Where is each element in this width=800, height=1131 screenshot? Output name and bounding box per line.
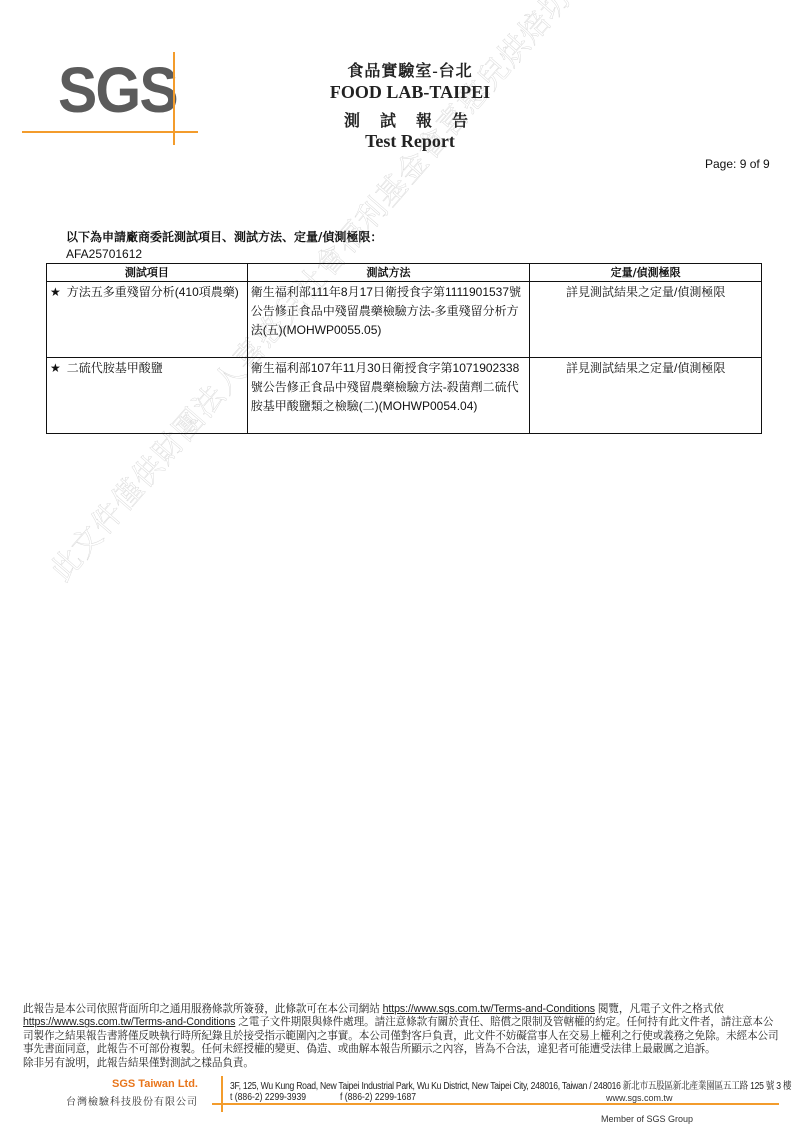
star-icon: ★: [50, 285, 61, 299]
limit-cell: 詳見測試結果之定量/偵測極限: [530, 358, 762, 434]
lab-name-en: FOOD LAB-TAIPEI: [300, 82, 520, 103]
report-id: AFA25701612: [66, 247, 142, 261]
terms-link[interactable]: https://www.sgs.com.tw/Terms-and-Conditi…: [383, 1003, 595, 1015]
company-address: 3F, 125, Wu Kung Road, New Taipei Indust…: [230, 1077, 791, 1092]
test-items-table: 測試項目 測試方法 定量/偵測極限 ★方法五多重殘留分析(410項農藥) 衛生福…: [46, 263, 762, 434]
logo-vertical-rule: [173, 52, 175, 145]
star-icon: ★: [50, 361, 61, 375]
disclaimer-text: 此報告是本公司依照背面所印之通用服務條款所簽發，此條款可在本公司網站: [23, 1003, 383, 1015]
report-title-en: Test Report: [300, 131, 520, 152]
test-method-cell: 衛生福利部111年8月17日衛授食字第1111901537號公告修正食品中殘留農…: [247, 282, 530, 358]
disclaimer-note: 除非另有說明，此報告結果僅對測試之樣品負責。: [23, 1057, 254, 1069]
test-item-cell: ★方法五多重殘留分析(410項農藥): [47, 282, 248, 358]
test-method-cell: 衛生福利部107年11月30日衛授食字第1071902338號公告修正食品中殘留…: [247, 358, 530, 434]
intro-text: 以下為申請廠商委託測試項目、測試方法、定量/偵測極限：: [66, 228, 382, 245]
header-test-method: 測試方法: [247, 264, 530, 282]
sgs-logo: SGS: [22, 52, 202, 132]
footer-vertical-rule: [221, 1076, 223, 1112]
telephone: t (886-2) 2299-3939: [230, 1092, 306, 1103]
logo-text: SGS: [58, 58, 177, 122]
footer-horizontal-rule: [212, 1103, 779, 1105]
test-item-name: 二硫代胺基甲酸鹽: [67, 361, 163, 375]
company-name-en: SGS Taiwan Ltd.: [97, 1078, 198, 1090]
logo-horizontal-rule: [22, 131, 198, 133]
table-row: ★方法五多重殘留分析(410項農藥) 衛生福利部111年8月17日衛授食字第11…: [47, 282, 762, 358]
header-limit: 定量/偵測極限: [530, 264, 762, 282]
limit-cell: 詳見測試結果之定量/偵測極限: [530, 282, 762, 358]
page-number: Page: 9 of 9: [705, 157, 770, 171]
disclaimer-text: 閱覽，凡電子文件之格式依: [595, 1003, 724, 1015]
table-header-row: 測試項目 測試方法 定量/偵測極限: [47, 264, 762, 282]
website[interactable]: www.sgs.com.tw: [606, 1093, 673, 1103]
disclaimer: 此報告是本公司依照背面所印之通用服務條款所簽發，此條款可在本公司網站 https…: [23, 1003, 783, 1070]
company-name-zh: 台灣檢驗科技股份有限公司: [66, 1093, 198, 1108]
test-item-name: 方法五多重殘留分析(410項農藥): [67, 285, 239, 299]
fax: f (886-2) 2299-1687: [340, 1092, 416, 1103]
lab-name-zh: 食品實驗室-台北: [300, 58, 520, 81]
table-row: ★二硫代胺基甲酸鹽 衛生福利部107年11月30日衛授食字第1071902338…: [47, 358, 762, 434]
terms-link[interactable]: https://www.sgs.com.tw/Terms-and-Conditi…: [23, 1016, 235, 1028]
header-test-item: 測試項目: [47, 264, 248, 282]
member-of-group: Member of SGS Group: [601, 1114, 693, 1124]
report-title-zh: 測 試 報 告: [300, 108, 520, 131]
test-item-cell: ★二硫代胺基甲酸鹽: [47, 358, 248, 434]
